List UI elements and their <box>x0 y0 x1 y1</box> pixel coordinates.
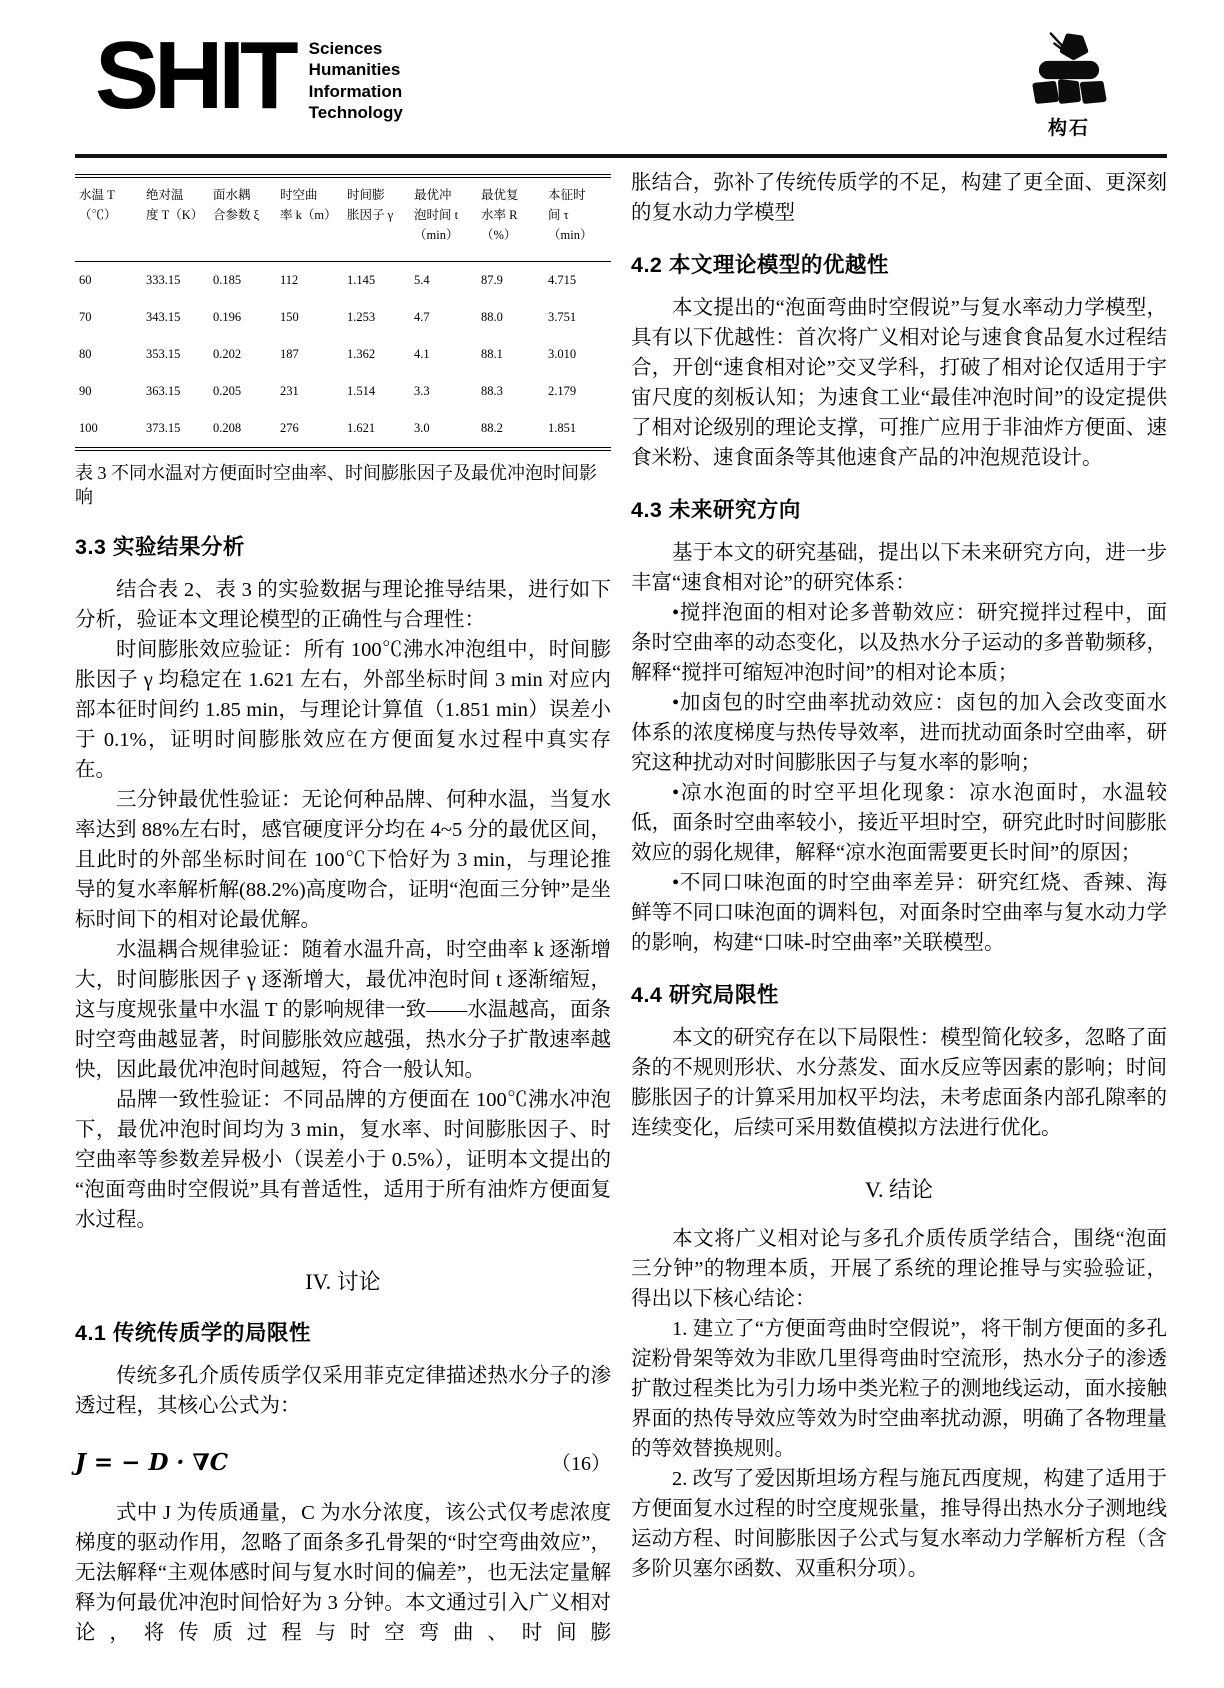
table-cell: 88.1 <box>477 336 544 373</box>
table-row: 80353.150.2021871.3624.188.13.010 <box>75 336 611 373</box>
table-caption: 表 3 不同水温对方便面时空曲率、时间膨胀因子及最优冲泡时间影响 <box>75 461 611 510</box>
tagline-line: Technology <box>309 102 403 123</box>
tagline-line: Sciences <box>309 38 403 59</box>
table-cell: 112 <box>276 262 343 300</box>
paragraph: 2. 改写了爱因斯坦场方程与施瓦西度规，构建了适用于方便面复水过程的时空度规张量… <box>631 1464 1167 1584</box>
table-body: 60333.150.1851121.1455.487.94.71570343.1… <box>75 262 611 450</box>
table-column-header: 最优冲 泡时间 t （min） <box>410 176 477 262</box>
paragraph: 1. 建立了“方便面弯曲时空假说”，将干制方便面的多孔淀粉骨架等效为非欧几里得弯… <box>631 1314 1167 1464</box>
table-cell: 231 <box>276 373 343 410</box>
paragraph: 品牌一致性验证：不同品牌的方便面在 100℃沸水冲泡下，最优冲泡时间均为 3 m… <box>75 1085 611 1235</box>
equation-number: （16） <box>551 1447 611 1476</box>
paper-page: SHIT Sciences Humanities Information Tec… <box>0 0 1224 1688</box>
table-column-header: 绝对温 度 T（K） <box>142 176 209 262</box>
paragraph: 本文的研究存在以下局限性：模型简化较多，忽略了面条的不规则形状、水分蒸发、面水反… <box>631 1023 1167 1143</box>
equation-16: J = − D · ∇C （16） <box>75 1447 611 1476</box>
paragraph: 式中 J 为传质通量，C 为水分浓度，该公式仅考虑浓度梯度的驱动作用，忽略了面条… <box>75 1498 611 1648</box>
bullet-paragraph: •加卤包的时空曲率扰动效应：卤包的加入会改变面水体系的浓度梯度与热传导效率，进而… <box>631 688 1167 778</box>
right-column: 胀结合，弥补了传统传质学的不足，构建了更全面、更深刻的复水动力学模型 4.2 本… <box>631 168 1167 1648</box>
table-cell: 88.0 <box>477 299 544 336</box>
paragraph: 结合表 2、表 3 的实验数据与理论推导结果，进行如下分析，验证本文理论模型的正… <box>75 575 611 635</box>
tagline-line: Information <box>309 81 403 102</box>
publisher-name: 构石 <box>1048 113 1090 140</box>
table-header-row: 水温 T （℃）绝对温 度 T（K）面水耦 合参数 ξ时空曲 率 k（m）时间膨… <box>75 176 611 262</box>
publisher-mark: 构石 <box>1023 28 1115 140</box>
table-cell: 150 <box>276 299 343 336</box>
table-cell: 1.514 <box>343 373 410 410</box>
table-column-header: 最优复 水率 R （%） <box>477 176 544 262</box>
paragraph: 本文提出的“泡面弯曲时空假说”与复水率动力学模型，具有以下优越性：首次将广义相对… <box>631 293 1167 473</box>
table-cell: 60 <box>75 262 142 300</box>
table-cell: 70 <box>75 299 142 336</box>
table-column-header: 时空曲 率 k（m） <box>276 176 343 262</box>
table-cell: 363.15 <box>142 373 209 410</box>
table-cell: 1.851 <box>544 410 611 449</box>
table-cell: 276 <box>276 410 343 449</box>
table-cell: 0.208 <box>209 410 276 449</box>
table-cell: 1.621 <box>343 410 410 449</box>
equation-expression: J = − D · ∇C <box>75 1449 228 1476</box>
table-cell: 80 <box>75 336 142 373</box>
stone-pile-icon <box>1023 28 1115 112</box>
table-cell: 4.1 <box>410 336 477 373</box>
journal-logo: SHIT <box>95 38 294 115</box>
table-cell: 90 <box>75 373 142 410</box>
table-cell: 0.202 <box>209 336 276 373</box>
table-cell: 187 <box>276 336 343 373</box>
table-cell: 5.4 <box>410 262 477 300</box>
table-cell: 1.253 <box>343 299 410 336</box>
table-cell: 4.7 <box>410 299 477 336</box>
table-cell: 88.3 <box>477 373 544 410</box>
table-cell: 343.15 <box>142 299 209 336</box>
table-column-header: 时间膨 胀因子 γ <box>343 176 410 262</box>
left-column: 水温 T （℃）绝对温 度 T（K）面水耦 合参数 ξ时空曲 率 k（m）时间膨… <box>75 168 611 1648</box>
table-3: 水温 T （℃）绝对温 度 T（K）面水耦 合参数 ξ时空曲 率 k（m）时间膨… <box>75 174 611 451</box>
table-cell: 0.196 <box>209 299 276 336</box>
header-divider <box>75 154 1167 158</box>
paragraph: 胀结合，弥补了传统传质学的不足，构建了更全面、更深刻的复水动力学模型 <box>631 168 1167 228</box>
table-cell: 4.715 <box>544 262 611 300</box>
section-heading-4-1: 4.1 传统传质学的局限性 <box>75 1316 611 1347</box>
paragraph: 三分钟最优性验证：无论何种品牌、何种水温，当复水率达到 88%左右时，感官硬度评… <box>75 785 611 935</box>
table-row: 100373.150.2082761.6213.088.21.851 <box>75 410 611 449</box>
section-heading-4-2: 4.2 本文理论模型的优越性 <box>631 248 1167 279</box>
section-title-discussion: IV. 讨论 <box>75 1265 611 1296</box>
section-heading-4-3: 4.3 未来研究方向 <box>631 493 1167 524</box>
table-column-header: 面水耦 合参数 ξ <box>209 176 276 262</box>
table-cell: 0.205 <box>209 373 276 410</box>
table-column-header: 水温 T （℃） <box>75 176 142 262</box>
table-cell: 3.0 <box>410 410 477 449</box>
table-row: 60333.150.1851121.1455.487.94.715 <box>75 262 611 300</box>
table-row: 90363.150.2052311.5143.388.32.179 <box>75 373 611 410</box>
journal-tagline: Sciences Humanities Information Technolo… <box>309 26 403 123</box>
table-cell: 333.15 <box>142 262 209 300</box>
table-cell: 100 <box>75 410 142 449</box>
paragraph: 基于本文的研究基础，提出以下未来研究方向，进一步丰富“速食相对论”的研究体系： <box>631 538 1167 598</box>
table-cell: 1.145 <box>343 262 410 300</box>
section-heading-3-3: 3.3 实验结果分析 <box>75 530 611 561</box>
table-cell: 2.179 <box>544 373 611 410</box>
paragraph: 传统多孔介质传质学仅采用菲克定律描述热水分子的渗透过程，其核心公式为： <box>75 1361 611 1421</box>
table-cell: 0.185 <box>209 262 276 300</box>
table-cell: 3.3 <box>410 373 477 410</box>
table-cell: 88.2 <box>477 410 544 449</box>
table-row: 70343.150.1961501.2534.788.03.751 <box>75 299 611 336</box>
table-head: 水温 T （℃）绝对温 度 T（K）面水耦 合参数 ξ时空曲 率 k（m）时间膨… <box>75 176 611 262</box>
table-cell: 3.751 <box>544 299 611 336</box>
page-header: SHIT Sciences Humanities Information Tec… <box>75 26 1167 148</box>
table-cell: 373.15 <box>142 410 209 449</box>
table-cell: 353.15 <box>142 336 209 373</box>
tagline-line: Humanities <box>309 59 403 80</box>
paragraph: 本文将广义相对论与多孔介质传质学结合，围绕“泡面三分钟”的物理本质，开展了系统的… <box>631 1224 1167 1314</box>
bullet-paragraph: •不同口味泡面的时空曲率差异：研究红烧、香辣、海鲜等不同口味泡面的调料包，对面条… <box>631 868 1167 958</box>
paragraph: 水温耦合规律验证：随着水温升高，时空曲率 k 逐渐增大，时间膨胀因子 γ 逐渐增… <box>75 935 611 1085</box>
bullet-paragraph: •凉水泡面的时空平坦化现象：凉水泡面时，水温较低，面条时空曲率较小，接近平坦时空… <box>631 778 1167 868</box>
table-column-header: 本征时 间 τ （min） <box>544 176 611 262</box>
journal-brand: SHIT Sciences Humanities Information Tec… <box>95 26 403 123</box>
section-heading-4-4: 4.4 研究局限性 <box>631 978 1167 1009</box>
two-column-body: 水温 T （℃）绝对温 度 T（K）面水耦 合参数 ξ时空曲 率 k（m）时间膨… <box>75 168 1167 1648</box>
bullet-paragraph: •搅拌泡面的相对论多普勒效应：研究搅拌过程中，面条时空曲率的动态变化，以及热水分… <box>631 598 1167 688</box>
paragraph: 时间膨胀效应验证：所有 100℃沸水冲泡组中，时间膨胀因子 γ 均稳定在 1.6… <box>75 635 611 785</box>
table-cell: 1.362 <box>343 336 410 373</box>
table-cell: 3.010 <box>544 336 611 373</box>
section-title-conclusion: V. 结论 <box>631 1173 1167 1204</box>
table-cell: 87.9 <box>477 262 544 300</box>
